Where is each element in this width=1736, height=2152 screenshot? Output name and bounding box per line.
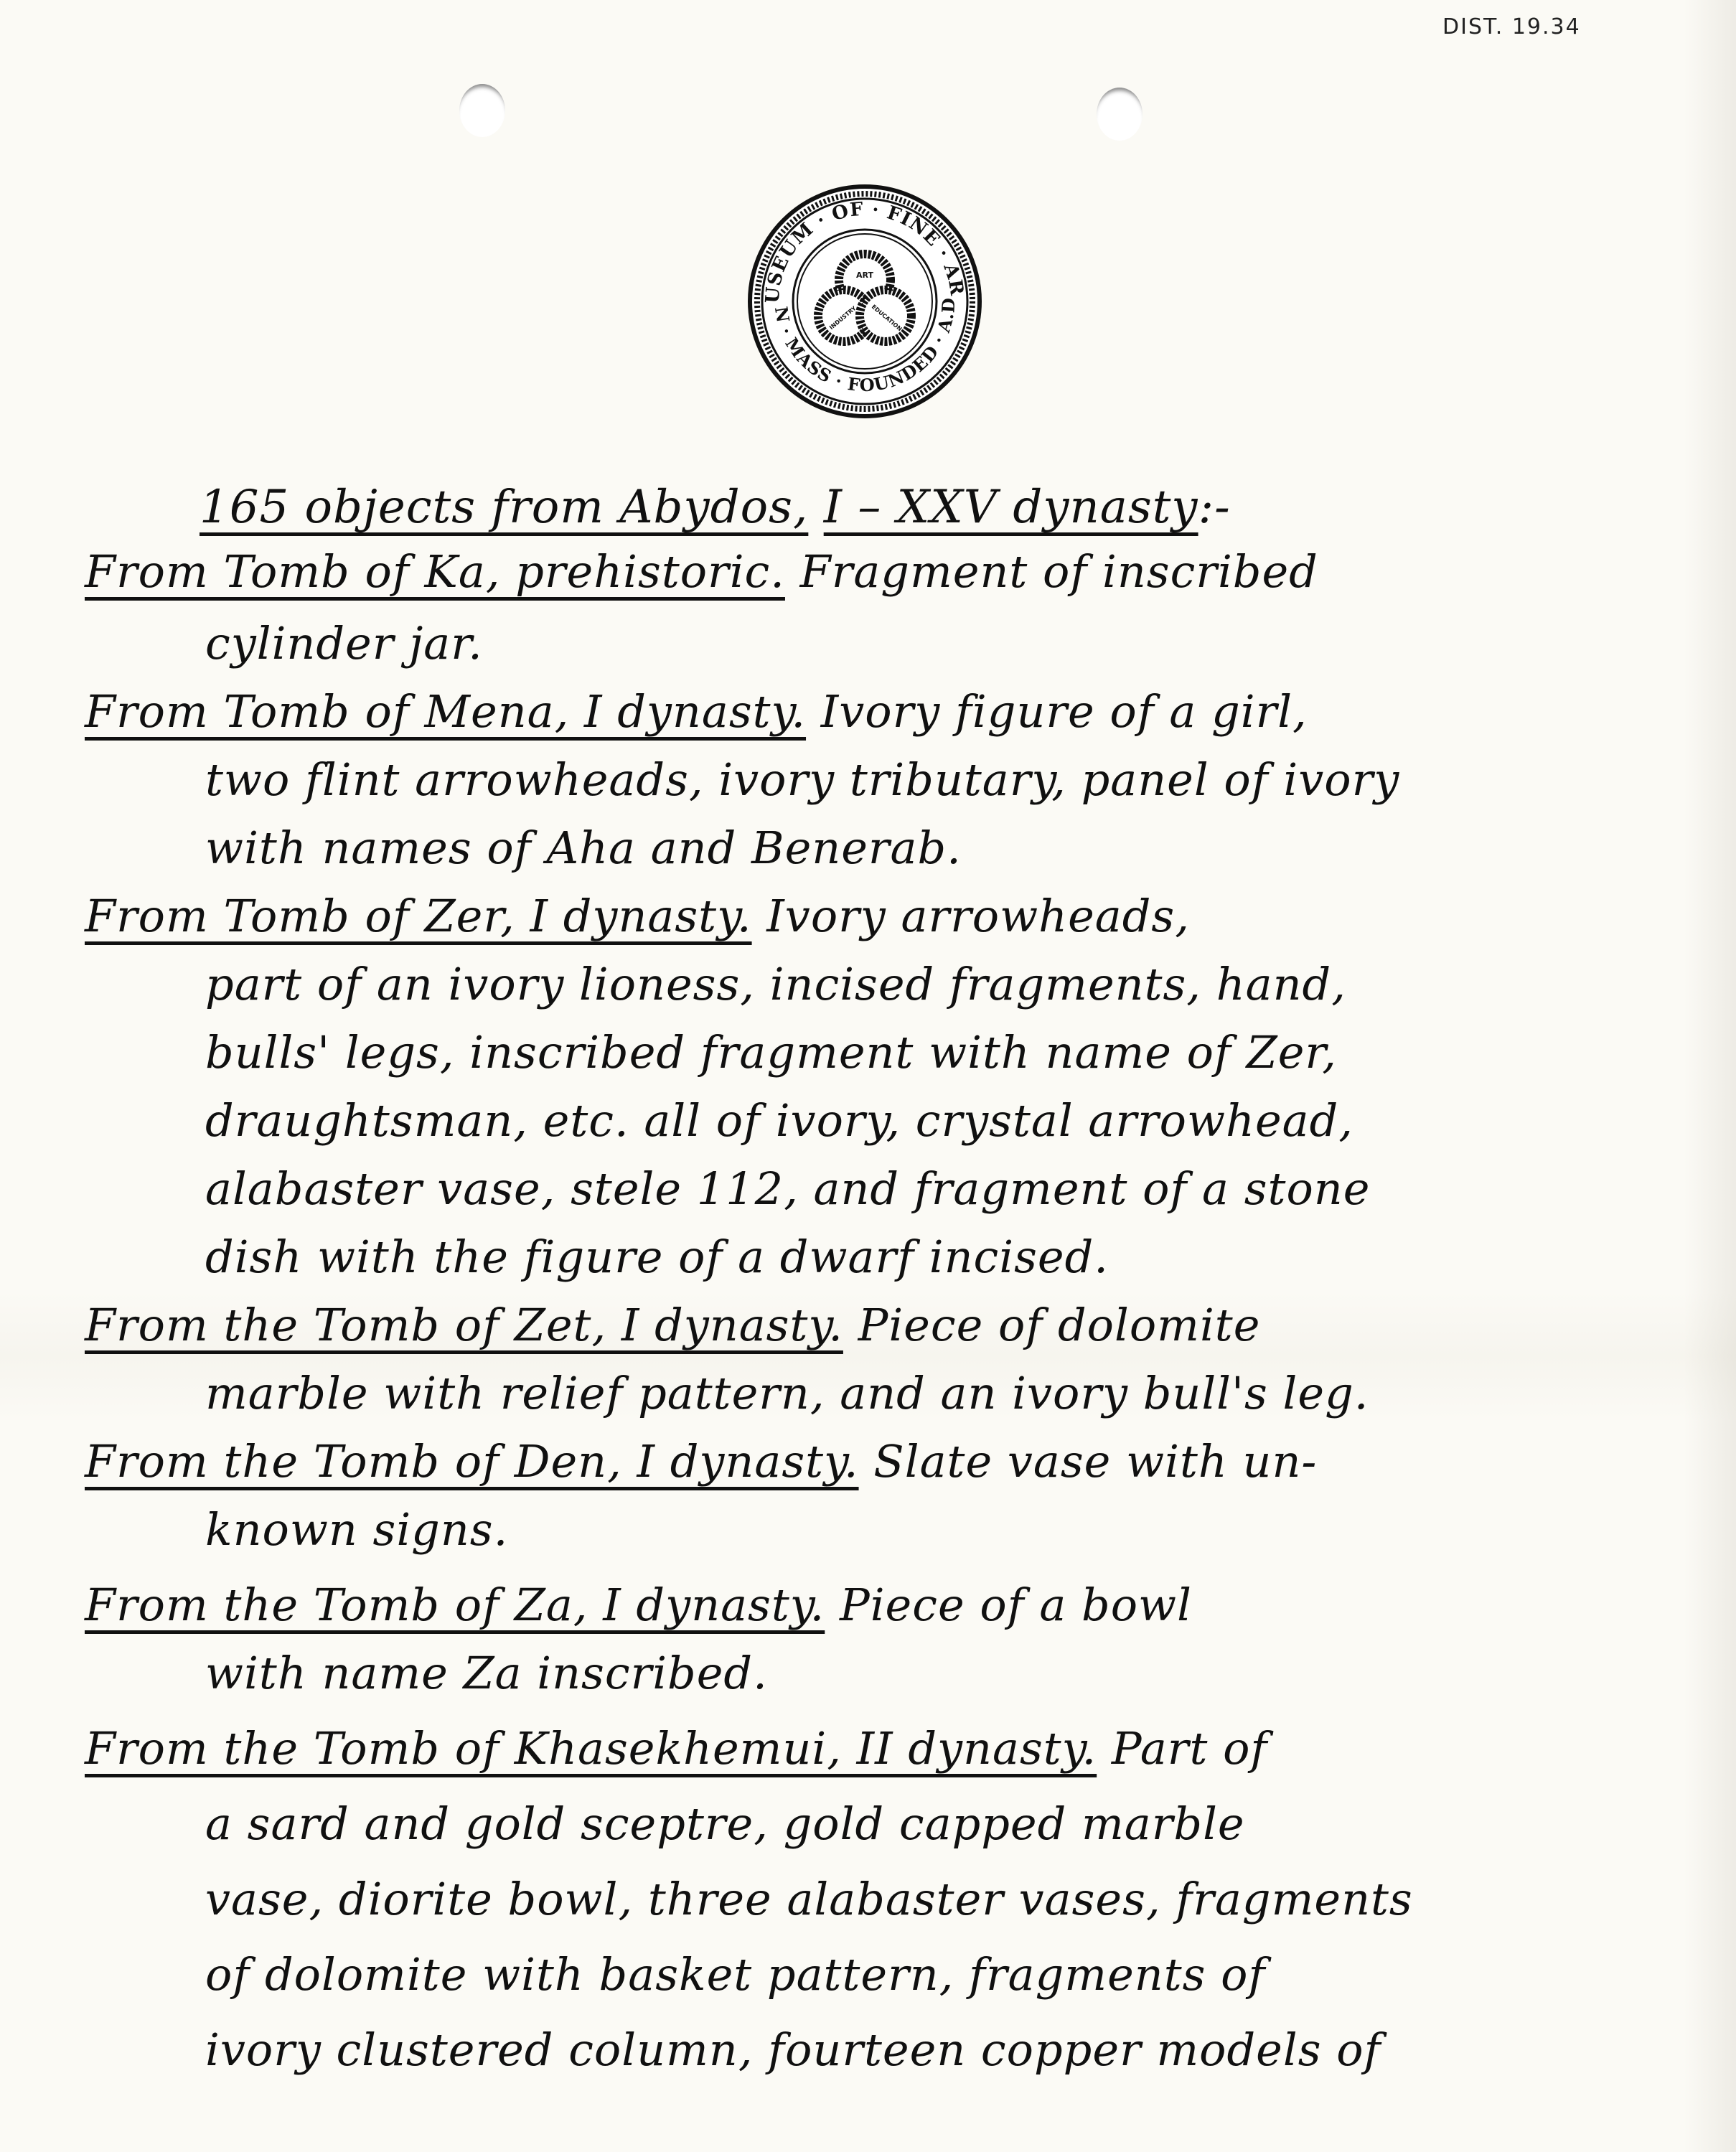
entry-text: known signs.	[205, 1503, 508, 1556]
entry-za: From the Tomb of Za, I dynasty. Piece of…	[85, 1579, 1192, 1631]
heading-suffix: :-	[1198, 481, 1231, 534]
entry-text: Ivory arrowheads,	[766, 890, 1190, 942]
heading-title: 165 objects from Abydos,	[200, 481, 808, 534]
entry-source: From the Tomb of Den, I dynasty.	[85, 1435, 859, 1488]
museum-seal-logo: MUSEUM · OF · FINE · ARTS BOSTON · MASS …	[746, 183, 983, 420]
entry-text: Part of	[1112, 1722, 1267, 1775]
heading-dynasty-range: I – XXV dynasty	[824, 481, 1198, 534]
entry-text: bulls' legs, inscribed fragment with nam…	[205, 1026, 1337, 1079]
entry-ka: From Tomb of Ka, prehistoric. Fragment o…	[85, 545, 1318, 598]
entry-text: two flint arrowheads, ivory tributary, p…	[205, 753, 1399, 806]
entry-zet: From the Tomb of Zet, I dynasty. Piece o…	[85, 1299, 1260, 1351]
document-page: DIST. 19.34 MUSEUM · OF · FINE · ARTS BO…	[0, 0, 1736, 2152]
svg-text:ART: ART	[856, 271, 873, 280]
entry-text: with name Za inscribed.	[205, 1647, 768, 1699]
entry-text: Ivory figure of a girl,	[821, 685, 1308, 738]
entry-text: dish with the figure of a dwarf incised.	[205, 1231, 1109, 1283]
entry-zer: From Tomb of Zer, I dynasty. Ivory arrow…	[85, 890, 1190, 942]
punch-hole-right	[1097, 88, 1143, 141]
entry-source: From the Tomb of Khasekhemui, II dynasty…	[85, 1722, 1097, 1775]
entry-source: From Tomb of Zer, I dynasty.	[85, 890, 752, 942]
entry-text: of dolomite with basket pattern, fragmen…	[205, 1948, 1265, 2001]
entry-text: part of an ivory lioness, incised fragme…	[205, 958, 1346, 1010]
entry-source: From the Tomb of Za, I dynasty.	[85, 1579, 825, 1631]
entry-text: with names of Aha and Benerab.	[205, 822, 962, 874]
entry-den: From the Tomb of Den, I dynasty. Slate v…	[85, 1435, 1317, 1488]
entry-text: draughtsman, etc. all of ivory, crystal …	[205, 1094, 1353, 1147]
entry-text: Fragment of inscribed	[800, 545, 1318, 598]
entry-text: ivory clustered column, fourteen copper …	[205, 2024, 1381, 2076]
entry-khasekhemui: From the Tomb of Khasekhemui, II dynasty…	[85, 1722, 1267, 1775]
entry-source: From Tomb of Ka, prehistoric.	[85, 545, 785, 598]
accession-number: DIST. 19.34	[1442, 14, 1581, 39]
entry-text: a sard and gold sceptre, gold capped mar…	[205, 1798, 1245, 1850]
entry-text: Piece of dolomite	[858, 1299, 1261, 1351]
entry-source: From the Tomb of Zet, I dynasty.	[85, 1299, 843, 1351]
punch-hole-left	[459, 84, 505, 137]
entry-mena: From Tomb of Mena, I dynasty. Ivory figu…	[85, 685, 1308, 738]
entry-text: Slate vase with un-	[873, 1435, 1317, 1488]
document-heading: 165 objects from Abydos, I – XXV dynasty…	[200, 481, 1231, 534]
entry-text: marble with relief pattern, and an ivory…	[205, 1367, 1369, 1419]
entry-text: alabaster vase, stele 112, and fragment …	[205, 1162, 1370, 1215]
entry-text: Piece of a bowl	[840, 1579, 1192, 1631]
entry-text: cylinder jar.	[205, 617, 483, 669]
entry-text: vase, diorite bowl, three alabaster vase…	[205, 1873, 1413, 1925]
seal-emblem-icon: MUSEUM · OF · FINE · ARTS BOSTON · MASS …	[746, 183, 983, 420]
entry-source: From Tomb of Mena, I dynasty.	[85, 685, 806, 738]
